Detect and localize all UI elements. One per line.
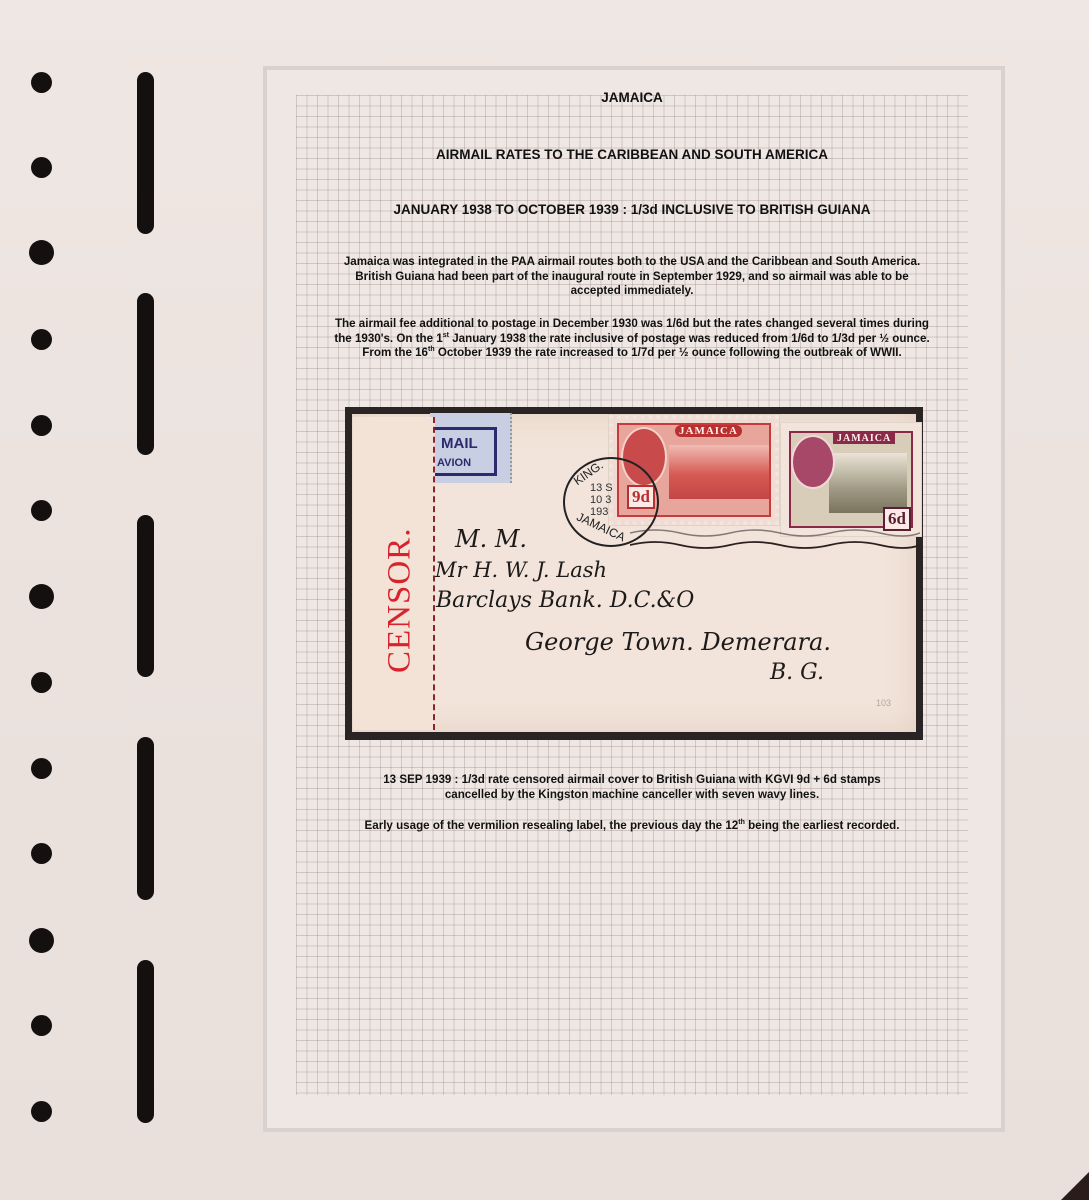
binder-hole [29,240,54,265]
binder-hole [31,1101,52,1122]
binder-hole [31,1015,52,1036]
harbour-scene [669,445,769,499]
page-title: JAMAICA [296,90,968,105]
binder-hole [31,843,52,864]
binder-slot [137,737,154,900]
binder-slot [137,72,154,234]
binder-hole [31,157,52,178]
binder-hole [31,758,52,779]
intro-line: British Guiana had been part of the inau… [296,270,968,285]
rate-period-heading: JANUARY 1938 TO OCTOBER 1939 : 1/3d INCL… [296,202,968,217]
king-portrait [791,435,835,489]
binder-slot [137,960,154,1123]
address-line: Barclays Bank. D.C.&O [436,588,694,613]
caption-line: 13 SEP 1939 : 1/3d rate censored airmail… [296,772,968,787]
rates-line: The airmail fee additional to postage in… [296,317,968,332]
intro-paragraph: Jamaica was integrated in the PAA airmai… [296,255,968,299]
binder-slot [137,515,154,677]
binder-hole [31,72,52,93]
stamp-country: JAMAICA [675,425,742,437]
stamp-country: JAMAICA [833,433,895,444]
censor-label-text: CENSOR. [378,530,422,670]
rates-line: the 1930's. On the 1st January 1938 the … [296,332,968,347]
address-line: B. G. [770,660,824,685]
intro-line: accepted immediately. [296,284,968,299]
binder-slot [137,293,154,455]
postmark-date: 13 S 10 3 193 [590,482,613,518]
machine-cancel-wavy-lines [630,525,920,555]
address-line: M. M. [455,525,527,553]
reseal-label-note: Early usage of the vermilion resealing l… [296,819,968,832]
binder-hole [31,672,52,693]
stamp-6d: JAMAICA 6d [781,423,921,536]
address-line: Mr H. W. J. Lash [435,558,607,582]
rates-line: From the 16th October 1939 the rate incr… [296,346,968,361]
pencil-note: 103 [876,698,891,708]
binder-hole [31,329,52,350]
binder-hole [31,500,52,521]
airmail-label-text: AVION [437,457,471,469]
river-scene [829,453,907,513]
intro-line: Jamaica was integrated in the PAA airmai… [296,255,968,270]
airmail-label-text: MAIL [441,435,478,452]
address-line: George Town. Demerara. [525,628,831,656]
binder-hole [29,928,54,953]
binder-hole [31,415,52,436]
cover-caption: 13 SEP 1939 : 1/3d rate censored airmail… [296,772,968,802]
binder-hole [29,584,54,609]
page-subtitle: AIRMAIL RATES TO THE CARIBBEAN AND SOUTH… [296,147,968,162]
caption-line: cancelled by the Kingston machine cancel… [296,787,968,802]
rates-paragraph: The airmail fee additional to postage in… [296,317,968,361]
